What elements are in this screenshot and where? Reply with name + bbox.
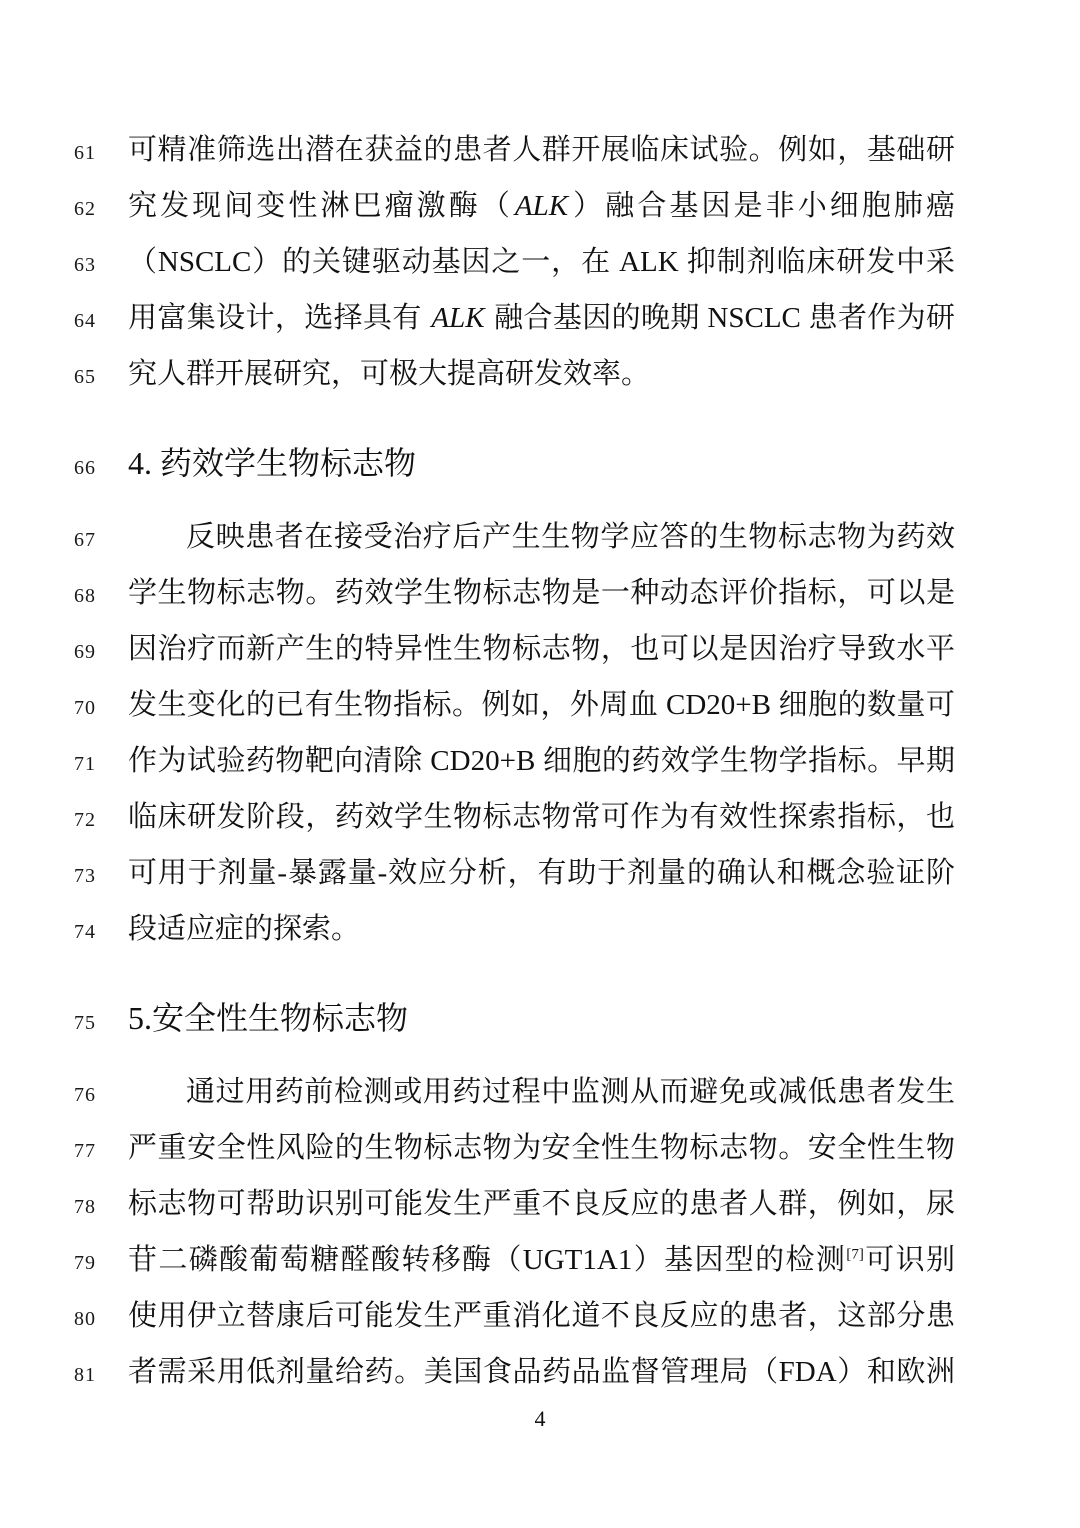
line-number: 77: [74, 1123, 128, 1179]
document-line: 81者需采用低剂量给药。美国食品药品监督管理局（FDA）和欧洲: [0, 1344, 1080, 1400]
line-number: 71: [74, 736, 128, 792]
text-segment: 融合基因的晚期 NSCLC 患者作为研: [487, 302, 955, 334]
line-number: 72: [74, 792, 128, 848]
document-line: 65究人群开展研究，可极大提高研发效率。: [0, 346, 1080, 402]
line-number: 73: [74, 848, 128, 904]
line-text: 使用伊立替康后可能发生严重消化道不良反应的患者，这部分患: [128, 1288, 955, 1344]
document-line: 80使用伊立替康后可能发生严重消化道不良反应的患者，这部分患: [0, 1288, 1080, 1344]
line-text: 用富集设计，选择具有 ALK 融合基因的晚期 NSCLC 患者作为研: [128, 290, 955, 346]
document-line: 67反映患者在接受治疗后产生生物学应答的生物标志物为药效: [0, 509, 1080, 565]
line-number: 62: [74, 181, 128, 237]
line-text: （NSCLC）的关键驱动基因之一，在 ALK 抑制剂临床研发中采: [128, 234, 955, 290]
line-text: 反映患者在接受治疗后产生生物学应答的生物标志物为药效: [128, 509, 955, 565]
text-segment: 作为试验药物靶向清除 CD20+B 细胞的药效学生物学指标。早期: [128, 745, 955, 777]
line-text: 作为试验药物靶向清除 CD20+B 细胞的药效学生物学指标。早期: [128, 733, 955, 789]
line-number: 69: [74, 624, 128, 680]
line-text: 可精准筛选出潜在获益的患者人群开展临床试验。例如，基础研: [128, 122, 955, 178]
line-number: 64: [74, 293, 128, 349]
line-number: 67: [74, 512, 128, 568]
line-text: 通过用药前检测或用药过程中监测从而避免或减低患者发生: [128, 1064, 955, 1120]
line-number: 81: [74, 1347, 128, 1403]
text-segment: 可用于剂量-暴露量-效应分析，有助于剂量的确认和概念验证阶: [128, 857, 955, 889]
text-segment: 可精准筛选出潜在获益的患者人群开展临床试验。例如，基础研: [128, 134, 955, 166]
document-line: 76通过用药前检测或用药过程中监测从而避免或减低患者发生: [0, 1064, 1080, 1120]
text-segment: ）融合基因是非小细胞肺癌: [570, 190, 955, 222]
text-segment-sup: [7]: [846, 1246, 864, 1262]
text-segment: 临床研发阶段，药效学生物标志物常可作为有效性探索指标，也: [128, 801, 955, 833]
line-text: 4. 药效学生物标志物: [128, 435, 955, 491]
heading-line: 755.安全性生物标志物: [0, 990, 1080, 1046]
line-text: 苷二磷酸葡萄糖醛酸转移酶（UGT1A1）基因型的检测[7]可识别: [128, 1232, 955, 1288]
line-number: 65: [74, 349, 128, 405]
line-number: 70: [74, 680, 128, 736]
text-segment: 标志物可帮助识别可能发生严重不良反应的患者人群，例如，尿: [128, 1188, 955, 1220]
line-number: 68: [74, 568, 128, 624]
text-segment: 究人群开展研究，可极大提高研发效率。: [128, 358, 650, 390]
line-text: 究人群开展研究，可极大提高研发效率。: [128, 346, 955, 402]
line-number: 75: [74, 995, 128, 1051]
line-text: 可用于剂量-暴露量-效应分析，有助于剂量的确认和概念验证阶: [128, 845, 955, 901]
document-line: 69因治疗而新产生的特异性生物标志物，也可以是因治疗导致水平: [0, 621, 1080, 677]
line-text: 5.安全性生物标志物: [128, 990, 955, 1046]
document-line: 62究发现间变性淋巴瘤激酶（ALK）融合基因是非小细胞肺癌: [0, 178, 1080, 234]
line-text: 因治疗而新产生的特异性生物标志物，也可以是因治疗导致水平: [128, 621, 955, 677]
line-text: 究发现间变性淋巴瘤激酶（ALK）融合基因是非小细胞肺癌: [128, 178, 955, 234]
line-number: 76: [74, 1067, 128, 1123]
heading-line: 664. 药效学生物标志物: [0, 435, 1080, 491]
text-segment: 因治疗而新产生的特异性生物标志物，也可以是因治疗导致水平: [128, 633, 955, 665]
document-line: 71作为试验药物靶向清除 CD20+B 细胞的药效学生物学指标。早期: [0, 733, 1080, 789]
line-text: 者需采用低剂量给药。美国食品药品监督管理局（FDA）和欧洲: [128, 1344, 955, 1400]
document-line: 78标志物可帮助识别可能发生严重不良反应的患者人群，例如，尿: [0, 1176, 1080, 1232]
text-segment: 段适应症的探索。: [128, 913, 360, 945]
text-segment: 严重安全性风险的生物标志物为安全性生物标志物。安全性生物: [128, 1132, 955, 1164]
text-segment: 使用伊立替康后可能发生严重消化道不良反应的患者，这部分患: [128, 1300, 955, 1332]
text-segment: （NSCLC）的关键驱动基因之一，在 ALK 抑制剂临床研发中采: [128, 246, 955, 278]
text-segment: 5.安全性生物标志物: [128, 1000, 408, 1036]
line-number: 74: [74, 904, 128, 960]
document-line: 63（NSCLC）的关键驱动基因之一，在 ALK 抑制剂临床研发中采: [0, 234, 1080, 290]
text-segment-italic: ALK: [513, 190, 570, 222]
document-line: 61可精准筛选出潜在获益的患者人群开展临床试验。例如，基础研: [0, 122, 1080, 178]
text-segment: 可识别: [864, 1244, 955, 1276]
line-number: 63: [74, 237, 128, 293]
document-line: 68学生物标志物。药效学生物标志物是一种动态评价指标，可以是: [0, 565, 1080, 621]
document-line: 72临床研发阶段，药效学生物标志物常可作为有效性探索指标，也: [0, 789, 1080, 845]
document-lines: 61可精准筛选出潜在获益的患者人群开展临床试验。例如，基础研62究发现间变性淋巴…: [0, 122, 1080, 1400]
text-segment: 究发现间变性淋巴瘤激酶（: [128, 190, 513, 222]
line-number: 79: [74, 1235, 128, 1291]
document-line: 64用富集设计，选择具有 ALK 融合基因的晚期 NSCLC 患者作为研: [0, 290, 1080, 346]
text-segment: 4. 药效学生物标志物: [128, 445, 416, 481]
text-segment: 者需采用低剂量给药。美国食品药品监督管理局（FDA）和欧洲: [128, 1356, 955, 1388]
text-segment: 通过用药前检测或用药过程中监测从而避免或减低患者发生: [186, 1076, 955, 1108]
text-segment: 学生物标志物。药效学生物标志物是一种动态评价指标，可以是: [128, 577, 955, 609]
document-line: 73可用于剂量-暴露量-效应分析，有助于剂量的确认和概念验证阶: [0, 845, 1080, 901]
line-text: 发生变化的已有生物指标。例如，外周血 CD20+B 细胞的数量可: [128, 677, 955, 733]
page-number: 4: [0, 1406, 1080, 1432]
line-number: 66: [74, 440, 128, 496]
line-text: 标志物可帮助识别可能发生严重不良反应的患者人群，例如，尿: [128, 1176, 955, 1232]
line-text: 段适应症的探索。: [128, 901, 955, 957]
document-line: 77严重安全性风险的生物标志物为安全性生物标志物。安全性生物: [0, 1120, 1080, 1176]
text-segment: 反映患者在接受治疗后产生生物学应答的生物标志物为药效: [186, 521, 955, 553]
text-segment-italic: ALK: [429, 302, 486, 334]
text-segment: 用富集设计，选择具有: [128, 302, 429, 334]
line-number: 80: [74, 1291, 128, 1347]
document-line: 79苷二磷酸葡萄糖醛酸转移酶（UGT1A1）基因型的检测[7]可识别: [0, 1232, 1080, 1288]
text-segment: 苷二磷酸葡萄糖醛酸转移酶（UGT1A1）基因型的检测: [128, 1244, 846, 1276]
text-segment: 发生变化的已有生物指标。例如，外周血 CD20+B 细胞的数量可: [128, 689, 955, 721]
line-text: 严重安全性风险的生物标志物为安全性生物标志物。安全性生物: [128, 1120, 955, 1176]
line-number: 61: [74, 125, 128, 181]
document-line: 70发生变化的已有生物指标。例如，外周血 CD20+B 细胞的数量可: [0, 677, 1080, 733]
line-text: 临床研发阶段，药效学生物标志物常可作为有效性探索指标，也: [128, 789, 955, 845]
line-text: 学生物标志物。药效学生物标志物是一种动态评价指标，可以是: [128, 565, 955, 621]
document-page: 61可精准筛选出潜在获益的患者人群开展临床试验。例如，基础研62究发现间变性淋巴…: [0, 0, 1080, 1528]
document-line: 74段适应症的探索。: [0, 901, 1080, 957]
line-number: 78: [74, 1179, 128, 1235]
